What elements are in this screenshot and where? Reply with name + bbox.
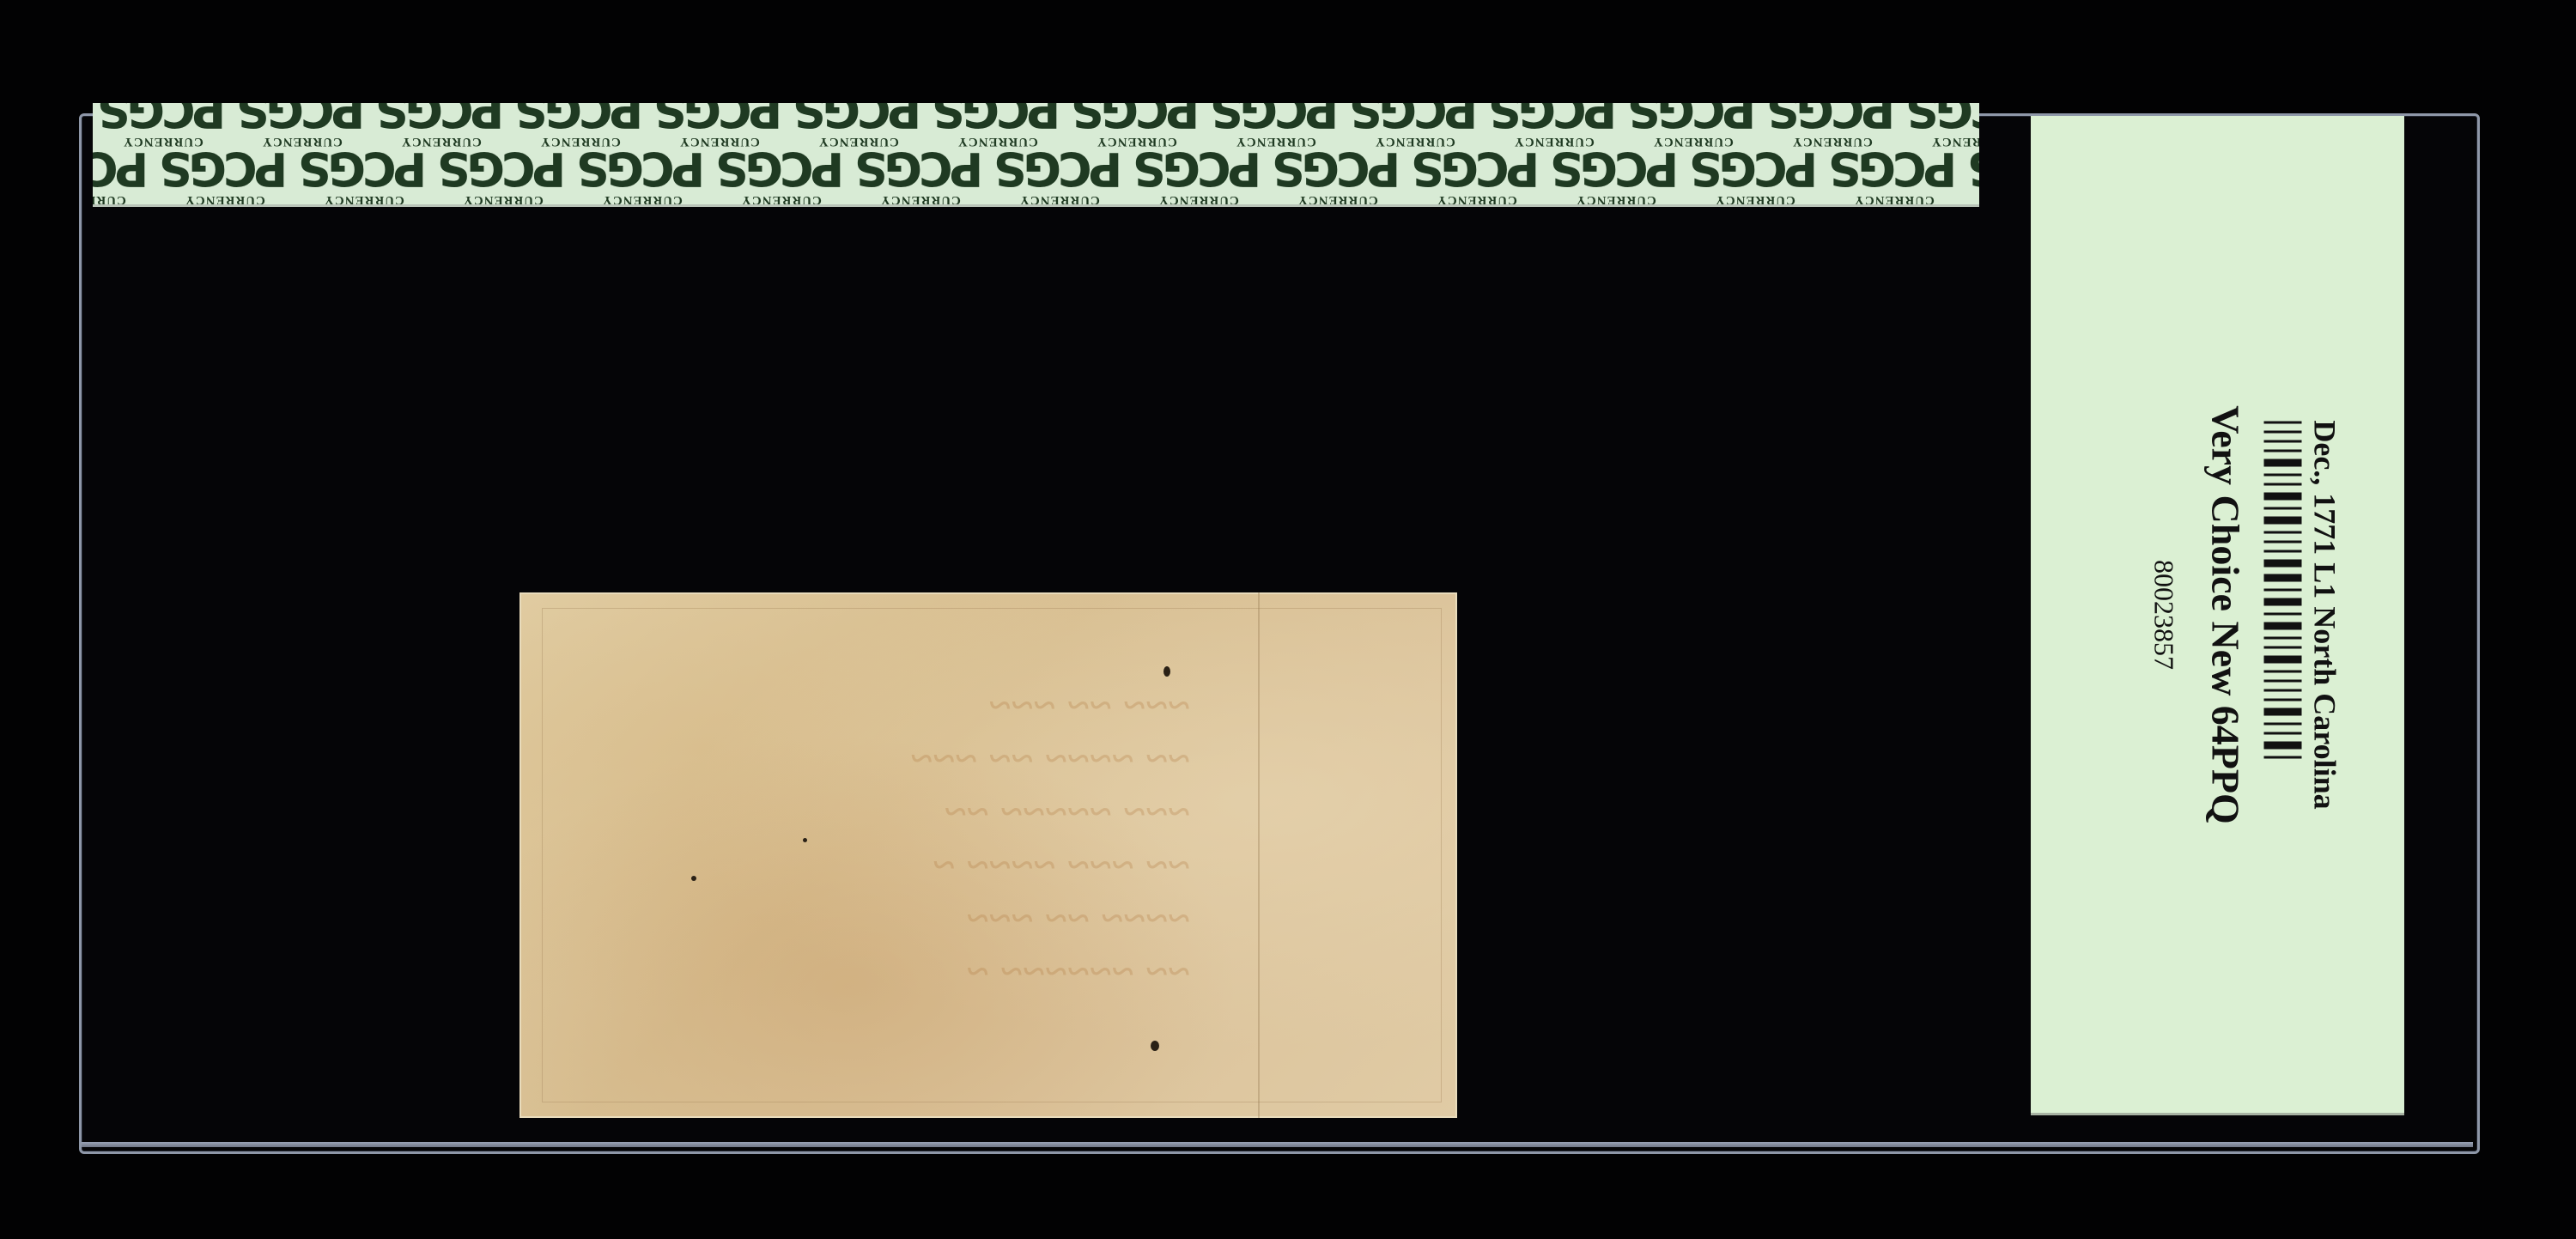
barcode-bar <box>2263 598 2301 605</box>
pcgs-logo: CURRENCYPCGS <box>1547 144 1685 207</box>
barcode-bar <box>2263 655 2301 663</box>
banknote-back: ~~~ ~~ ~~~~~ ~~~~ ~~ ~~~~~~ ~~~~~ ~~~~ ~… <box>519 592 1457 1118</box>
pcgs-logo: CURRENCYPCGS <box>852 144 989 207</box>
pcgs-logo: CURRENCYPCGS <box>713 144 850 207</box>
barcode-bar <box>2263 741 2301 749</box>
pcgs-logo: CURRENCYPCGS <box>1408 144 1546 207</box>
barcode-bar <box>2263 550 2301 552</box>
paper-spot <box>691 876 696 881</box>
grading-label: Dec., 1771 L1 North Carolina Very Choice… <box>2031 116 2404 1113</box>
barcode-bar <box>2263 708 2301 715</box>
label-grade: Very Choice New 64PPQ <box>2202 116 2248 1113</box>
barcode <box>2263 421 2301 765</box>
paper-spot <box>1163 666 1170 677</box>
barcode-bar <box>2263 574 2301 581</box>
barcode-bar <box>2263 483 2301 485</box>
barcode-bar <box>2263 531 2301 533</box>
show-through-print: ~~~ ~~ ~~~~~ ~~~~ ~~ ~~~~~~ ~~~~~ ~~~~ ~… <box>588 678 1189 998</box>
barcode-bar <box>2263 492 2301 500</box>
barcode-bar <box>2263 732 2301 734</box>
pcgs-logo: CURRENCYPCGS <box>93 144 155 207</box>
barcode-bar <box>2263 670 2301 672</box>
pcgs-currency-strip: CURRENCYPCGSCURRENCYPCGSCURRENCYPCGSCURR… <box>93 103 1979 207</box>
barcode-bar <box>2263 540 2301 543</box>
pcgs-logo: CURRENCYPCGS <box>1965 144 1979 207</box>
pcgs-logo: CURRENCYPCGS <box>574 144 711 207</box>
holder-edge <box>82 1142 2473 1147</box>
barcode-bar <box>2263 689 2301 691</box>
barcode-bar <box>2263 516 2301 524</box>
barcode-bar <box>2263 646 2301 648</box>
paper-spot <box>803 838 807 842</box>
barcode-bar <box>2263 679 2301 682</box>
barcode-bar <box>2263 698 2301 701</box>
barcode-bar <box>2263 440 2301 442</box>
strip-pattern-row: CURRENCYPCGSCURRENCYPCGSCURRENCYPCGSCURR… <box>93 144 1979 207</box>
pcgs-logo: CURRENCYPCGS <box>434 144 572 207</box>
paper-spot <box>1151 1041 1159 1051</box>
barcode-bar <box>2263 507 2301 509</box>
barcode-bar <box>2263 636 2301 639</box>
pcgs-logo: CURRENCYPCGS <box>156 144 294 207</box>
label-cert-number: 80023857 <box>2148 116 2179 1113</box>
barcode-bar <box>2263 421 2301 423</box>
barcode-bar <box>2263 459 2301 466</box>
barcode-bar <box>2263 612 2301 615</box>
barcode-bar <box>2263 449 2301 452</box>
barcode-bar <box>2263 588 2301 591</box>
barcode-bar <box>2263 622 2301 629</box>
barcode-bar <box>2263 473 2301 476</box>
pcgs-logo: CURRENCYPCGS <box>295 144 433 207</box>
barcode-bar <box>2263 756 2301 758</box>
pcgs-logo: CURRENCYPCGS <box>1130 144 1267 207</box>
barcode-bar <box>2263 559 2301 567</box>
note-fold-line <box>1258 592 1260 1118</box>
pcgs-logo: CURRENCYPCGS <box>1269 144 1406 207</box>
pcgs-logo: CURRENCYPCGS <box>1826 144 1963 207</box>
barcode-bar <box>2263 430 2301 433</box>
barcode-bar <box>2263 722 2301 725</box>
pcgs-logo: CURRENCYPCGS <box>991 144 1128 207</box>
pcgs-logo: CURRENCYPCGS <box>1686 144 1824 207</box>
label-title: Dec., 1771 L1 North Carolina <box>2306 116 2342 1113</box>
